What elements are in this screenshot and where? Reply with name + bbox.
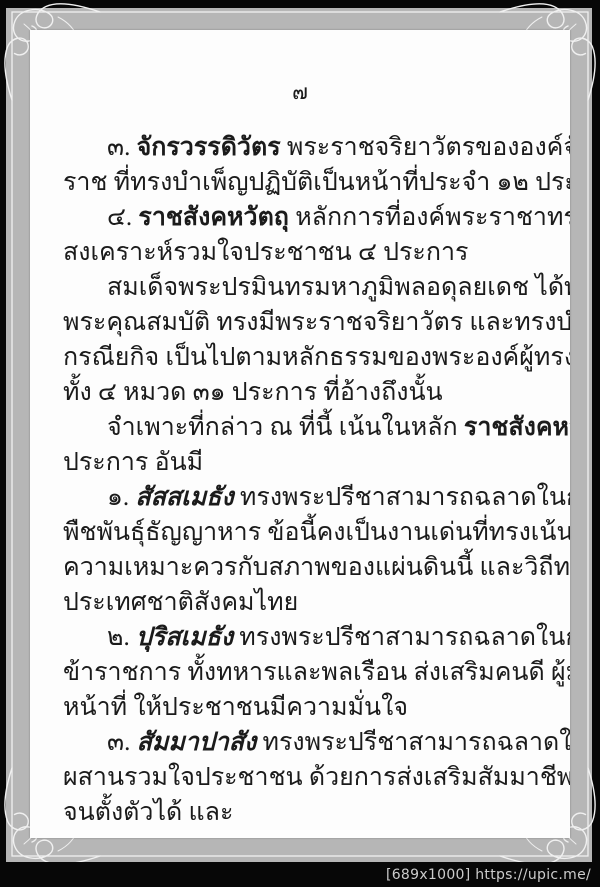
body-run: ราช ที่ทรงบำเพ็ญปฏิบัติเป็นหน้าที่ประจำ …: [63, 169, 570, 196]
watermark-bar: [689x1000] https://upic.me/: [0, 862, 600, 887]
paragraph: ๔. ราชสังคหวัตถุ หลักการที่องค์พระราชาทร…: [63, 200, 550, 270]
body-run: ๔.: [107, 204, 138, 231]
text-line: พืชพันธุ์ธัญญาหาร ข้อนี้คงเป็นงานเด่นที่…: [63, 515, 550, 550]
body-run: ทรงพระปรีชาสามารถฉลาดในการผูก: [256, 729, 570, 756]
text-line: พระคุณสมบัติ ทรงมีพระราชจริยาวัตร และทรง…: [63, 305, 550, 340]
body-run: พืชพันธุ์ธัญญาหาร ข้อนี้คงเป็นงานเด่นที่…: [63, 519, 570, 546]
text-line: ๓. สัมมาปาสัง ทรงพระปรีชาสามารถฉลาดในการ…: [63, 725, 550, 760]
page-number: ๗: [30, 82, 570, 103]
body-run: ทั้ง ๔ หมวด ๓๑ ประการ ที่อ้างถึงนั้น: [63, 379, 443, 406]
headword-text: ปุริสเมธัง: [136, 624, 233, 651]
paragraph: สมเด็จพระปรมินทรมหาภูมิพลอดุลยเดช ได้ทรง…: [63, 270, 550, 410]
body-run: พระคุณสมบัติ ทรงมีพระราชจริยาวัตร และทรง…: [63, 309, 570, 336]
body-run: จนตั้งตัวได้ และ: [63, 799, 233, 826]
paragraph: ๓. สัมมาปาสัง ทรงพระปรีชาสามารถฉลาดในการ…: [63, 725, 550, 830]
scanned-book-page: { "document": { "page_number": "๗", "par…: [0, 0, 600, 887]
text-line: ความเหมาะควรกับสภาพของแผ่นดินนี้ และวิถี…: [63, 550, 550, 585]
body-run: หน้าที่ ให้ประชาชนมีความมั่นใจ: [63, 694, 408, 721]
paragraph: ๑. สัสสเมธัง ทรงพระปรีชาสามารถฉลาดในการบ…: [63, 480, 550, 620]
body-run: สงเคราะห์รวมใจประชาชน ๔ ประการ: [63, 239, 468, 266]
headword-text: ราชสังคหวัตถุ: [138, 204, 289, 231]
body-run: ๓.: [107, 134, 137, 161]
text-line: ๓. จักรวรรดิวัตร พระราชจริยาวัตรขององค์จ…: [63, 130, 550, 165]
paragraph: จำเพาะที่กล่าว ณ ที่นี้ เน้นในหลัก ราชสั…: [63, 410, 550, 480]
text-line: ราช ที่ทรงบำเพ็ญปฏิบัติเป็นหน้าที่ประจำ …: [63, 165, 550, 200]
body-run: ข้าราชการ ทั้งทหารและพลเรือน ส่งเสริมคนด…: [63, 659, 570, 686]
text-line: ประการ อันมี: [63, 445, 550, 480]
body-run: จำเพาะที่กล่าว ณ ที่นี้ เน้นในหลัก: [107, 414, 464, 441]
text-line: สมเด็จพระปรมินทรมหาภูมิพลอดุลยเดช ได้ทรง…: [63, 270, 550, 305]
body-run: ทรงพระปรีชาสามารถฉลาดในการบำรุง: [233, 624, 570, 651]
text-line: ทั้ง ๔ หมวด ๓๑ ประการ ที่อ้างถึงนั้น: [63, 375, 550, 410]
body-run: ประเทศชาติสังคมไทย: [63, 589, 298, 616]
paragraph: ๒. ปุริสเมธัง ทรงพระปรีชาสามารถฉลาดในการ…: [63, 620, 550, 725]
watermark-text: [689x1000] https://upic.me/: [386, 867, 600, 883]
body-run: ประการ อันมี: [63, 449, 203, 476]
book-page: ๗ ๓. จักรวรรดิวัตร พระราชจริยาวัตรขององค…: [30, 30, 570, 838]
text-line: ข้าราชการ ทั้งทหารและพลเรือน ส่งเสริมคนด…: [63, 655, 550, 690]
body-run: หลักการที่องค์พระราชาทรง: [289, 204, 570, 231]
headword-text: สัมมาปาสัง: [137, 729, 257, 756]
text-line: ประเทศชาติสังคมไทย: [63, 585, 550, 620]
text-line: กรณียกิจ เป็นไปตามหลักธรรมของพระองค์ผู้ท…: [63, 340, 550, 375]
headword-text: ราชสังคหวัตถุ: [464, 414, 570, 441]
body-run: พระราชจริยาวัตรขององค์จักรพรรดิ: [281, 134, 570, 161]
text-line: ๔. ราชสังคหวัตถุ หลักการที่องค์พระราชาทร…: [63, 200, 550, 235]
text-line: ๑. สัสสเมธัง ทรงพระปรีชาสามารถฉลาดในการบ…: [63, 480, 550, 515]
headword-text: สัสสเมธัง: [135, 484, 233, 511]
body-run: ผสานรวมใจประชาชน ด้วยการส่งเสริมสัมมาชีพ…: [63, 764, 570, 791]
body-run: สมเด็จพระปรมินทรมหาภูมิพลอดุลยเดช ได้ทรง…: [107, 274, 570, 301]
paragraph: ๓. จักรวรรดิวัตร พระราชจริยาวัตรขององค์จ…: [63, 130, 550, 200]
body-run: ๑.: [107, 484, 135, 511]
text-line: ๒. ปุริสเมธัง ทรงพระปรีชาสามารถฉลาดในการ…: [63, 620, 550, 655]
text-line: ผสานรวมใจประชาชน ด้วยการส่งเสริมสัมมาชีพ…: [63, 760, 550, 795]
body-run: ๒.: [107, 624, 136, 651]
body-run: ความเหมาะควรกับสภาพของแผ่นดินนี้ และวิถี…: [63, 554, 570, 581]
body-text: ๓. จักรวรรดิวัตร พระราชจริยาวัตรขององค์จ…: [63, 130, 550, 830]
text-line: จำเพาะที่กล่าว ณ ที่นี้ เน้นในหลัก ราชสั…: [63, 410, 550, 445]
body-run: ๓.: [107, 729, 137, 756]
text-line: จนตั้งตัวได้ และ: [63, 795, 550, 830]
body-run: กรณียกิจ เป็นไปตามหลักธรรมของพระองค์ผู้ท…: [63, 344, 570, 371]
body-run: ทรงพระปรีชาสามารถฉลาดในการบำรุง: [234, 484, 570, 511]
headword-text: จักรวรรดิวัตร: [137, 134, 281, 161]
text-line: สงเคราะห์รวมใจประชาชน ๔ ประการ: [63, 235, 550, 270]
text-line: หน้าที่ ให้ประชาชนมีความมั่นใจ: [63, 690, 550, 725]
